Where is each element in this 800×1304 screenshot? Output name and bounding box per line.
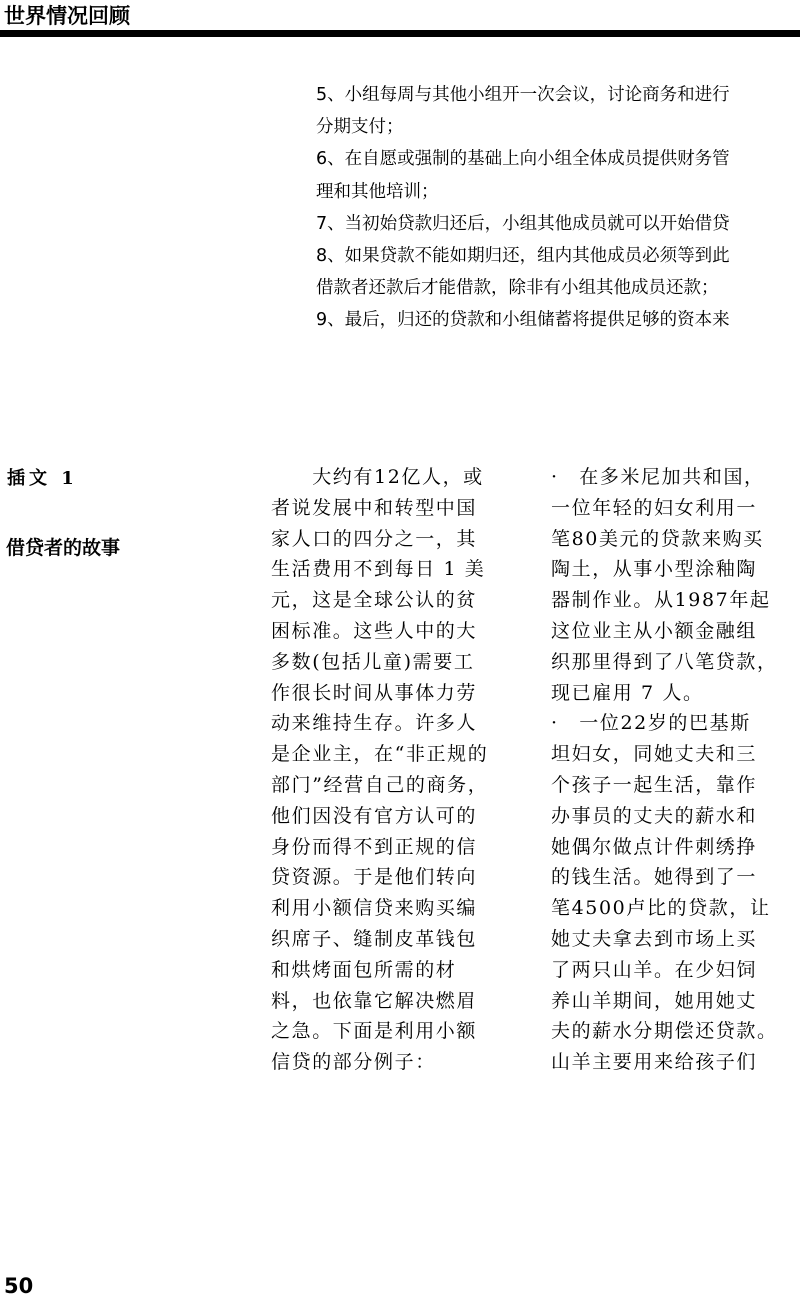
list-line: 9、最后，归还的贷款和小组储蓄将提供足够的资本来	[316, 304, 800, 336]
box-right-column: · 在多米尼加共和国， 一位年轻的妇女利用一 笔80美元的贷款来购买 陶土，从事…	[551, 462, 791, 1078]
text-line: · 在多米尼加共和国，	[551, 462, 791, 493]
box-label: 插文 1	[7, 464, 78, 490]
text-line: 他们因没有官方认可的	[271, 801, 511, 832]
text-line: 和烘烤面包所需的材	[271, 955, 511, 986]
text-line: 织那里得到了八笔贷款，	[551, 647, 791, 678]
text-line: 部门”经营自己的商务，	[271, 770, 511, 801]
text-line: 了两只山羊。在少妇饲	[551, 955, 791, 986]
text-line: 这位业主从小额金融组	[551, 616, 791, 647]
list-line: 7、当初始贷款归还后，小组其他成员就可以开始借贷	[316, 208, 800, 240]
text-line: 动来维持生存。许多人	[271, 708, 511, 739]
text-line: 者说发展中和转型中国	[271, 493, 511, 524]
header-rule	[0, 30, 800, 37]
text-line: 利用小额信贷来购买编	[271, 893, 511, 924]
text-line: 多数(包括儿童)需要工	[271, 647, 511, 678]
numbered-list: 5、小组每周与其他小组开一次会议，讨论商务和进行 分期支付； 6、在自愿或强制的…	[316, 79, 800, 337]
text-line: 家人口的四分之一，其	[271, 524, 511, 555]
text-line: 办事员的丈夫的薪水和	[551, 801, 791, 832]
text-line: 陶土，从事小型涂釉陶	[551, 554, 791, 585]
list-line: 6、在自愿或强制的基础上向小组全体成员提供财务管	[316, 143, 800, 175]
text-line: 个孩子一起生活，靠作	[551, 770, 791, 801]
list-line: 5、小组每周与其他小组开一次会议，讨论商务和进行	[316, 79, 800, 111]
list-line: 8、如果贷款不能如期归还，组内其他成员必须等到此	[316, 240, 800, 272]
text-line: · 一位22岁的巴基斯	[551, 708, 791, 739]
text-line: 她丈夫拿去到市场上买	[551, 924, 791, 955]
running-header-title: 世界情况回顾	[4, 3, 130, 29]
text-line: 笔80美元的贷款来购买	[551, 524, 791, 555]
text-line: 大约有12亿人，或	[271, 462, 511, 493]
text-line: 她偶尔做点计件刺绣挣	[551, 832, 791, 863]
text-line: 现已雇用 7 人。	[551, 678, 791, 709]
text-line: 贷资源。于是他们转向	[271, 862, 511, 893]
text-line: 身份而得不到正规的信	[271, 832, 511, 863]
text-line: 一位年轻的妇女利用一	[551, 493, 791, 524]
page-number: 50	[4, 1274, 33, 1298]
text-line: 料，也依靠它解决燃眉	[271, 986, 511, 1017]
list-line: 借款者还款后才能借款，除非有小组其他成员还款；	[316, 272, 800, 304]
text-line: 的钱生活。她得到了一	[551, 862, 791, 893]
text-line: 器制作业。从1987年起	[551, 585, 791, 616]
text-line: 山羊主要用来给孩子们	[551, 1047, 791, 1078]
text-line: 元，这是全球公认的贫	[271, 585, 511, 616]
text-line: 作很长时间从事体力劳	[271, 678, 511, 709]
text-line: 养山羊期间，她用她丈	[551, 986, 791, 1017]
text-line: 坦妇女，同她丈夫和三	[551, 739, 791, 770]
text-line: 困标准。这些人中的大	[271, 616, 511, 647]
text-line: 之急。下面是利用小额	[271, 1016, 511, 1047]
text-line: 夫的薪水分期偿还贷款。	[551, 1016, 791, 1047]
text-line: 笔4500卢比的贷款，让	[551, 893, 791, 924]
text-line: 织席子、缝制皮革钱包	[271, 924, 511, 955]
text-line: 生活费用不到每日 1 美	[271, 554, 511, 585]
box-middle-column: 大约有12亿人，或 者说发展中和转型中国 家人口的四分之一，其 生活费用不到每日…	[271, 462, 511, 1078]
list-line: 理和其他培训；	[316, 176, 800, 208]
box-title: 借贷者的故事	[6, 533, 120, 560]
list-line: 分期支付；	[316, 111, 800, 143]
text-line: 信贷的部分例子：	[271, 1047, 511, 1078]
text-line: 是企业主，在“非正规的	[271, 739, 511, 770]
